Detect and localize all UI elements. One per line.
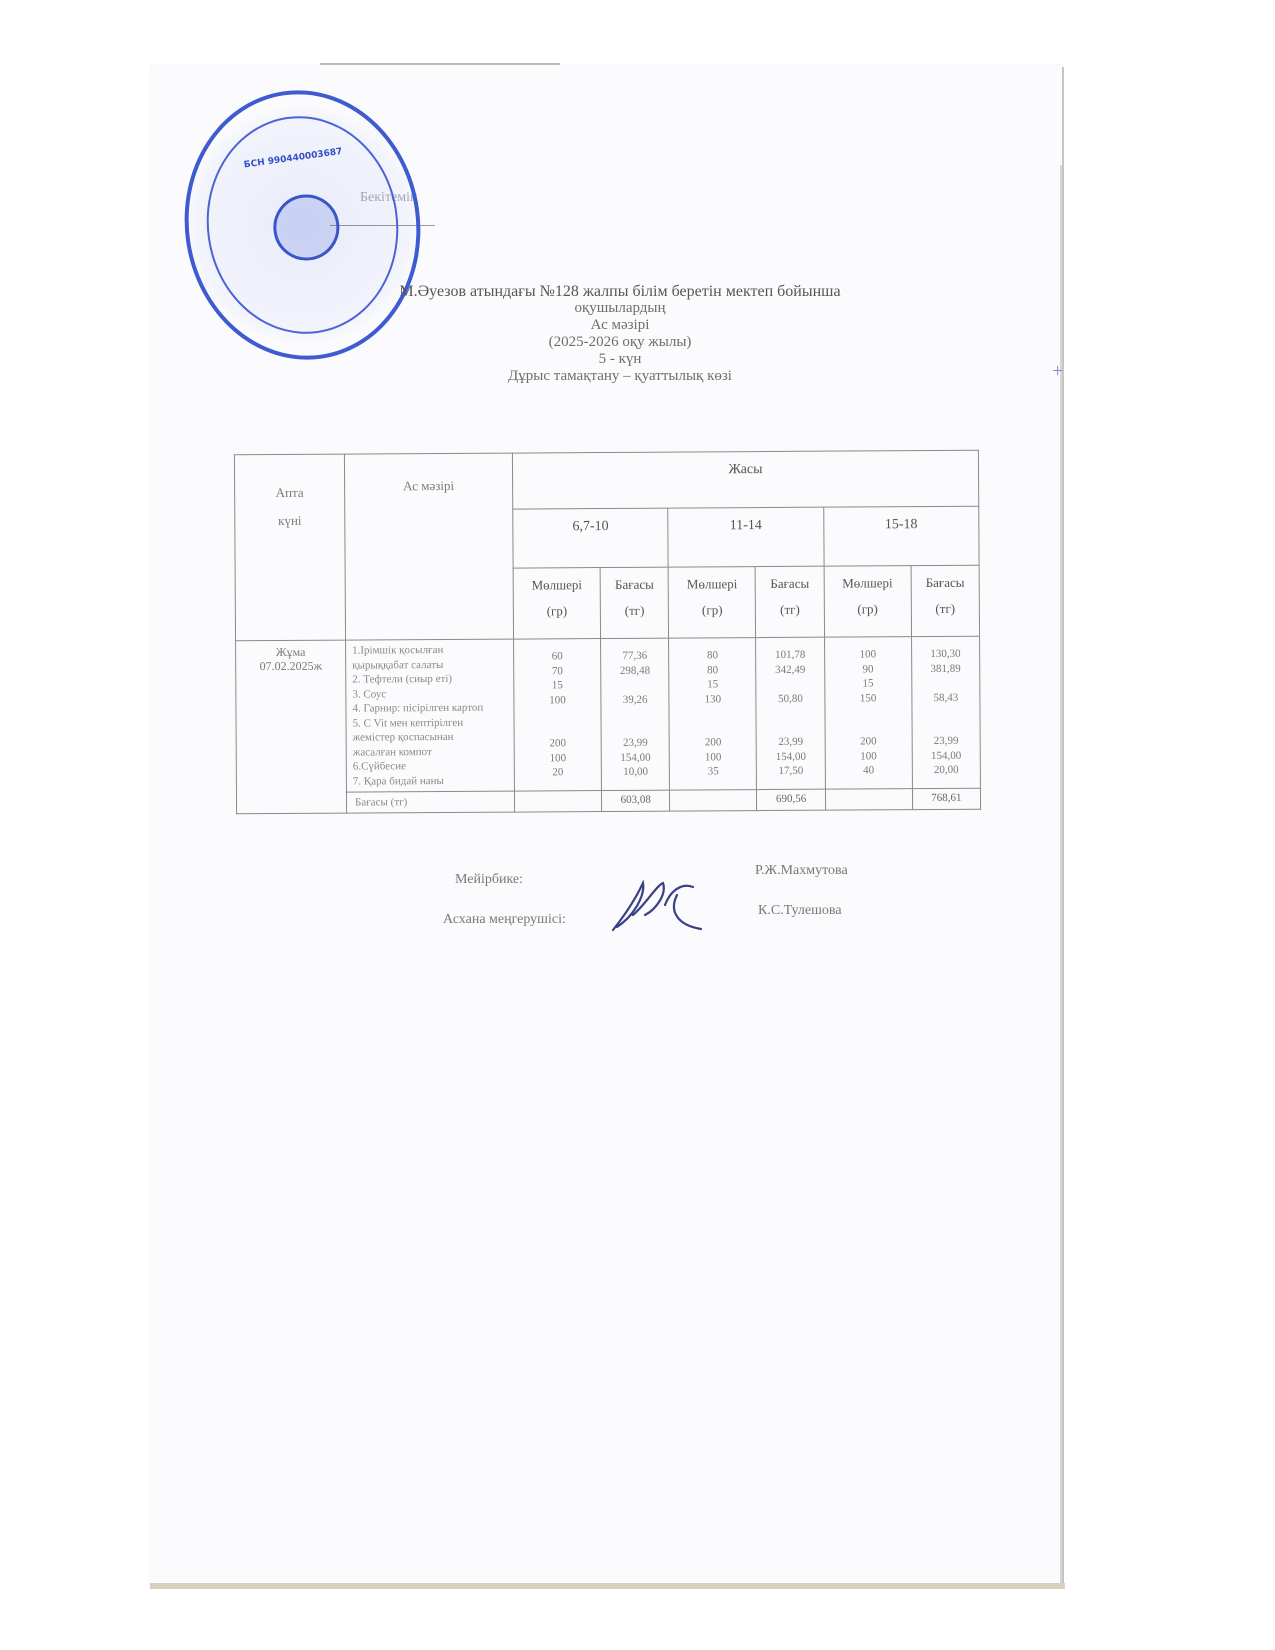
price-value: 154,00 [913, 748, 978, 763]
header-price-label: Бағасы [757, 571, 822, 597]
header-qty-label: Мөлшері [515, 572, 599, 599]
menu-item: 1.Ірімшік қосылған [352, 643, 507, 658]
day-date: 07.02.2025ж [237, 659, 344, 674]
qty-value: 15 [826, 676, 910, 691]
header-qty-unit: (гр) [670, 598, 754, 625]
qty-value: 70 [515, 664, 599, 679]
total-empty-cell [514, 791, 601, 813]
header-price-unit: (тг) [913, 596, 978, 622]
qty-value: 80 [670, 648, 754, 663]
qty-column-2: 808015130 20010035 [669, 638, 757, 791]
header-qty-1: Мөлшері(гр) [513, 568, 601, 639]
heading-line-5: 5 - күн [380, 351, 860, 368]
qty-value: 150 [826, 691, 910, 706]
price-value: 10,00 [603, 765, 668, 780]
total-label: Бағасы (тг) [346, 791, 514, 813]
pen-mark: + [1052, 360, 1063, 383]
total-empty-cell [825, 789, 912, 811]
day-cell: Жұма 07.02.2025ж [236, 640, 347, 814]
qty-value: 200 [671, 735, 755, 750]
total-price-1: 603,08 [602, 790, 670, 811]
price-value: 77,36 [602, 649, 667, 664]
price-value: 342,49 [758, 662, 823, 677]
price-value [913, 676, 978, 691]
price-value: 101,78 [758, 648, 823, 663]
header-price-label: Бағасы [912, 570, 977, 596]
heading-line-4: (2025-2026 оқу жылы) [380, 334, 860, 351]
qty-value: 35 [671, 764, 755, 779]
heading-line-6: Дұрыс тамақтану – қуаттылық көзі [380, 368, 860, 385]
qty-value: 100 [671, 750, 755, 765]
qty-value [671, 706, 755, 736]
qty-column-1: 607015100 20010020 [514, 639, 602, 792]
qty-value: 100 [515, 693, 599, 708]
price-column-3: 130,30381,89 58,43 23,99154,0020,00 [911, 636, 980, 788]
qty-value: 200 [516, 736, 600, 751]
qty-value: 100 [826, 647, 910, 662]
price-value: 298,48 [602, 663, 667, 678]
price-value: 23,99 [603, 736, 668, 751]
price-value: 20,00 [914, 763, 979, 778]
header-group-1: 6,7-10 [513, 508, 669, 569]
nurse-name: Р.Ж.Махмутова [755, 863, 848, 879]
price-value: 17,50 [758, 764, 823, 779]
menu-item: 4. Гарнир: пісірілген картоп [352, 701, 507, 716]
menu-item: 3. Соус [352, 686, 507, 701]
total-empty-cell [670, 790, 757, 812]
header-qty-unit: (гр) [825, 597, 909, 624]
header-day-line1: Апта [236, 479, 343, 508]
qty-value [826, 705, 910, 735]
price-value: 154,00 [758, 749, 823, 764]
qty-value: 130 [671, 692, 755, 707]
qty-value [515, 707, 599, 737]
qty-value: 100 [516, 751, 600, 766]
header-menu: Ас мәзірі [344, 453, 513, 640]
menu-items-cell: 1.Ірімшік қосылғанқырыққабат салаты2. Те… [346, 639, 515, 792]
header-day: Апта күні [234, 454, 345, 641]
menu-item: 5. С Vit мен кептірілген [353, 715, 508, 730]
document-heading: М.Әуезов атындағы №128 жалпы білім берет… [380, 283, 860, 385]
qty-value: 200 [826, 734, 910, 749]
menu-item: 2. Тефтели (сиыр еті) [352, 672, 507, 687]
price-value [758, 677, 823, 692]
header-qty-unit: (гр) [515, 598, 599, 625]
price-column-2: 101,78342,49 50,80 23,99154,0017,50 [756, 637, 825, 789]
header-group-3: 15-18 [823, 506, 979, 567]
price-column-1: 77,36298,48 39,26 23,99154,0010,00 [601, 638, 670, 790]
price-value: 50,80 [758, 691, 823, 706]
heading-line-1: М.Әуезов атындағы №128 жалпы білім берет… [380, 283, 860, 300]
header-qty-label: Мөлшері [825, 571, 909, 598]
header-group-2: 11-14 [668, 507, 824, 568]
paper-edge [150, 1583, 1065, 1589]
price-value: 39,26 [602, 692, 667, 707]
price-value [913, 705, 978, 734]
header-price-label: Бағасы [602, 572, 667, 598]
qty-value: 40 [826, 763, 910, 778]
menu-item: жемістер қоспасынан [353, 730, 508, 745]
menu-item: жасалған компот [353, 744, 508, 759]
price-value [603, 707, 668, 736]
qty-value: 15 [671, 677, 755, 692]
header-qty-label: Мөлшері [670, 572, 754, 599]
price-value: 23,99 [758, 735, 823, 750]
canteen-manager-label: Асхана меңгерушісі: [443, 912, 566, 928]
header-age: Жасы [512, 450, 978, 508]
price-value: 381,89 [913, 661, 978, 676]
qty-value: 60 [515, 649, 599, 664]
qty-value: 80 [671, 663, 755, 678]
header-day-line2: күні [236, 507, 343, 536]
header-price-2: Бағасы(тг) [756, 567, 825, 638]
header-price-1: Бағасы(тг) [600, 568, 669, 639]
header-price-unit: (тг) [602, 598, 667, 624]
heading-line-3: Ас мәзірі [380, 317, 860, 334]
header-price-unit: (тг) [757, 597, 822, 623]
price-value [758, 706, 823, 735]
total-price-3: 768,61 [912, 788, 980, 809]
menu-item: 7. Қара бидай наны [353, 773, 508, 788]
handwritten-signature [605, 875, 705, 935]
menu-item: қырыққабат салаты [352, 657, 507, 672]
qty-value: 100 [826, 749, 910, 764]
heading-line-2: оқушылардың [380, 300, 860, 317]
menu-item: 6.Сүйбесие [353, 759, 508, 774]
header-qty-2: Мөлшері(гр) [668, 567, 756, 638]
nurse-label: Мейірбике: [455, 872, 523, 888]
header-price-3: Бағасы(тг) [911, 566, 980, 637]
price-value: 23,99 [913, 734, 978, 749]
price-value: 130,30 [913, 647, 978, 662]
header-qty-3: Мөлшері(гр) [824, 566, 912, 637]
price-value: 154,00 [603, 750, 668, 765]
qty-value: 20 [516, 765, 600, 780]
canteen-manager-name: К.С.Тулешова [758, 903, 842, 919]
total-price-2: 690,56 [757, 789, 825, 810]
price-value: 58,43 [913, 690, 978, 705]
day-name: Жұма [237, 645, 344, 660]
qty-value: 15 [515, 678, 599, 693]
qty-value: 90 [826, 662, 910, 677]
price-value [602, 678, 667, 693]
menu-table: Апта күні Ас мәзірі Жасы 6,7-10 11-14 15… [234, 450, 981, 815]
qty-column-3: 1009015150 20010040 [824, 637, 912, 790]
